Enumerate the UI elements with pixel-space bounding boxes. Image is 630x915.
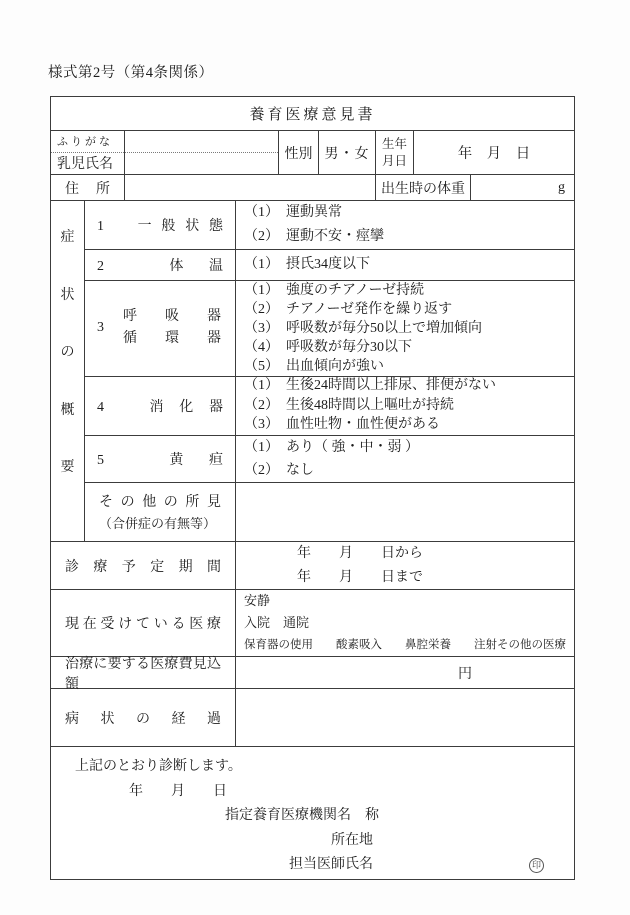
estimated-cost-row: 治療に要する医療費見込額 円: [51, 657, 574, 689]
institution-name-label: 指定養育医療機関名 称: [51, 804, 574, 829]
treatment-period-field: 年 月 日から 年 月 日まで: [236, 542, 574, 589]
symptoms-section: 症状の概要 1 一般状態 （1） 運動異常 （2） 運動不安・痙攣 2 体温 （…: [51, 201, 574, 542]
care-option: 保育器の使用 酸素吸入 鼻腔栄養 注射その他の医療: [244, 634, 574, 656]
symptom-row-other-findings: その他の所見 （合併症の有無等）: [85, 483, 574, 541]
infant-name-field: [125, 131, 279, 174]
symptom-label: 2 体温: [85, 255, 235, 275]
period-from: 年 月 日から: [236, 542, 484, 566]
address-field: [125, 175, 376, 200]
form-number: 様式第2号（第4条関係）: [48, 61, 214, 82]
symptoms-rows: 1 一般状態 （1） 運動異常 （2） 運動不安・痙攣 2 体温 （1） 摂氏3…: [85, 201, 574, 541]
treatment-period-label: 診療予定期間: [51, 556, 235, 576]
other-findings-field: [236, 483, 574, 541]
symptom-number: 3: [97, 320, 111, 336]
care-option: 安静: [244, 590, 574, 612]
current-care-row: 現在受けている医療 安静 入院 通院 保育器の使用 酸素吸入 鼻腔栄養 注射その…: [51, 590, 574, 657]
document-page: 様式第2号（第4条関係） 養育医療意見書 ふりがな 乳児氏名 性別 男・女 生年…: [0, 0, 630, 915]
birth-weight-field: g: [471, 175, 574, 200]
symptoms-section-label: 症状の概要: [51, 201, 85, 541]
symptom-row-digestive: 4 消化器 （1） 生後24時間以上排尿、排便がない （2） 生後48時間以上嘔…: [85, 377, 574, 436]
symptom-item: （2） 運動不安・痙攣: [244, 225, 574, 249]
infant-name-label: 乳児氏名: [57, 153, 113, 173]
symptom-item: （2） チアノーゼ発作を繰り返す: [244, 300, 574, 319]
medical-opinion-form: 養育医療意見書 ふりがな 乳児氏名 性別 男・女 生年 月日 年 月 日 住所: [50, 96, 575, 880]
symptom-item: （1） あり（ 強・中・弱 ）: [244, 436, 574, 459]
condition-progress-field: [236, 689, 574, 746]
symptom-row-respiratory-circulatory: 3 呼吸器 循環器 （1） 強度のチアノーゼ持続 （2） チアノーゼ発作を繰り返…: [85, 281, 574, 377]
symptom-row-general: 1 一般状態 （1） 運動異常 （2） 運動不安・痙攣: [85, 201, 574, 250]
condition-progress-label: 病状の経過: [51, 708, 235, 728]
institution-address-label: 所在地: [51, 829, 574, 854]
name-label-cell: ふりがな 乳児氏名: [51, 131, 125, 174]
symptom-item: （2） なし: [244, 459, 574, 482]
symptom-item: （4） 呼吸数が毎分30以下: [244, 338, 574, 357]
symptom-row-jaundice: 5 黄疸 （1） あり（ 強・中・弱 ） （2） なし: [85, 436, 574, 483]
symptom-label: 呼吸器: [123, 306, 221, 328]
form-title-row: 養育医療意見書: [51, 97, 574, 131]
current-care-label: 現在受けている医療: [51, 613, 235, 633]
symptom-item: （1） 生後24時間以上排尿、排便がない: [244, 376, 574, 396]
symptom-row-temperature: 2 体温 （1） 摂氏34度以下: [85, 250, 574, 281]
seal-icon: 印: [529, 858, 544, 873]
furigana-label: ふりがな: [57, 133, 113, 149]
care-option: 入院 通院: [244, 612, 574, 634]
symptom-item: （2） 生後48時間以上嘔吐が持続: [244, 396, 574, 416]
symptom-item: （3） 血性吐物・血性便がある: [244, 415, 574, 435]
signature-section: 上記のとおり診断します。 年 月 日 指定養育医療機関名 称 所在地 担当医師氏…: [51, 747, 574, 879]
symptom-label: その他の所見: [99, 491, 221, 511]
symptom-label: 4 消化器: [85, 396, 235, 416]
symptom-label: 循環器: [123, 328, 221, 350]
weight-unit: g: [558, 180, 565, 196]
symptom-item: （1） 摂氏34度以下: [244, 253, 574, 277]
address-label: 住所: [51, 175, 125, 200]
birth-weight-label: 出生時の体重: [376, 175, 471, 200]
address-row: 住所 出生時の体重 g: [51, 175, 574, 201]
symptom-label-sub: （合併症の有無等）: [99, 513, 221, 532]
doctor-name-label: 担当医師氏名: [289, 853, 373, 878]
symptom-item: （5） 出血傾向が強い: [244, 357, 574, 376]
signature-date: 年 月 日: [51, 780, 574, 805]
period-to: 年 月 日まで: [236, 566, 484, 590]
treatment-period-row: 診療予定期間 年 月 日から 年 月 日まで: [51, 542, 574, 590]
form-title: 養育医療意見書: [249, 103, 375, 124]
symptom-label: 5 黄疸: [85, 449, 235, 469]
birthdate-field: 年 月 日: [414, 131, 574, 174]
symptom-item: （1） 運動異常: [244, 201, 574, 225]
diagnosis-statement: 上記のとおり診断します。: [51, 755, 574, 780]
yen-unit: 円: [458, 663, 472, 683]
sex-label: 性別: [279, 131, 319, 174]
condition-progress-row: 病状の経過: [51, 689, 574, 747]
estimated-cost-label: 治療に要する医療費見込額: [51, 653, 235, 693]
estimated-cost-field: 円: [236, 657, 574, 688]
symptom-item: （3） 呼吸数が毎分50以上で増加傾向: [244, 319, 574, 338]
symptom-label: 1 一般状態: [85, 215, 235, 235]
name-row: ふりがな 乳児氏名 性別 男・女 生年 月日 年 月 日: [51, 131, 574, 175]
birthdate-label: 生年 月日: [376, 131, 414, 174]
furigana-field: [125, 131, 278, 153]
symptom-item: （1） 強度のチアノーゼ持続: [244, 281, 574, 300]
sex-value: 男・女: [319, 131, 376, 174]
current-care-field: 安静 入院 通院 保育器の使用 酸素吸入 鼻腔栄養 注射その他の医療: [236, 590, 574, 656]
